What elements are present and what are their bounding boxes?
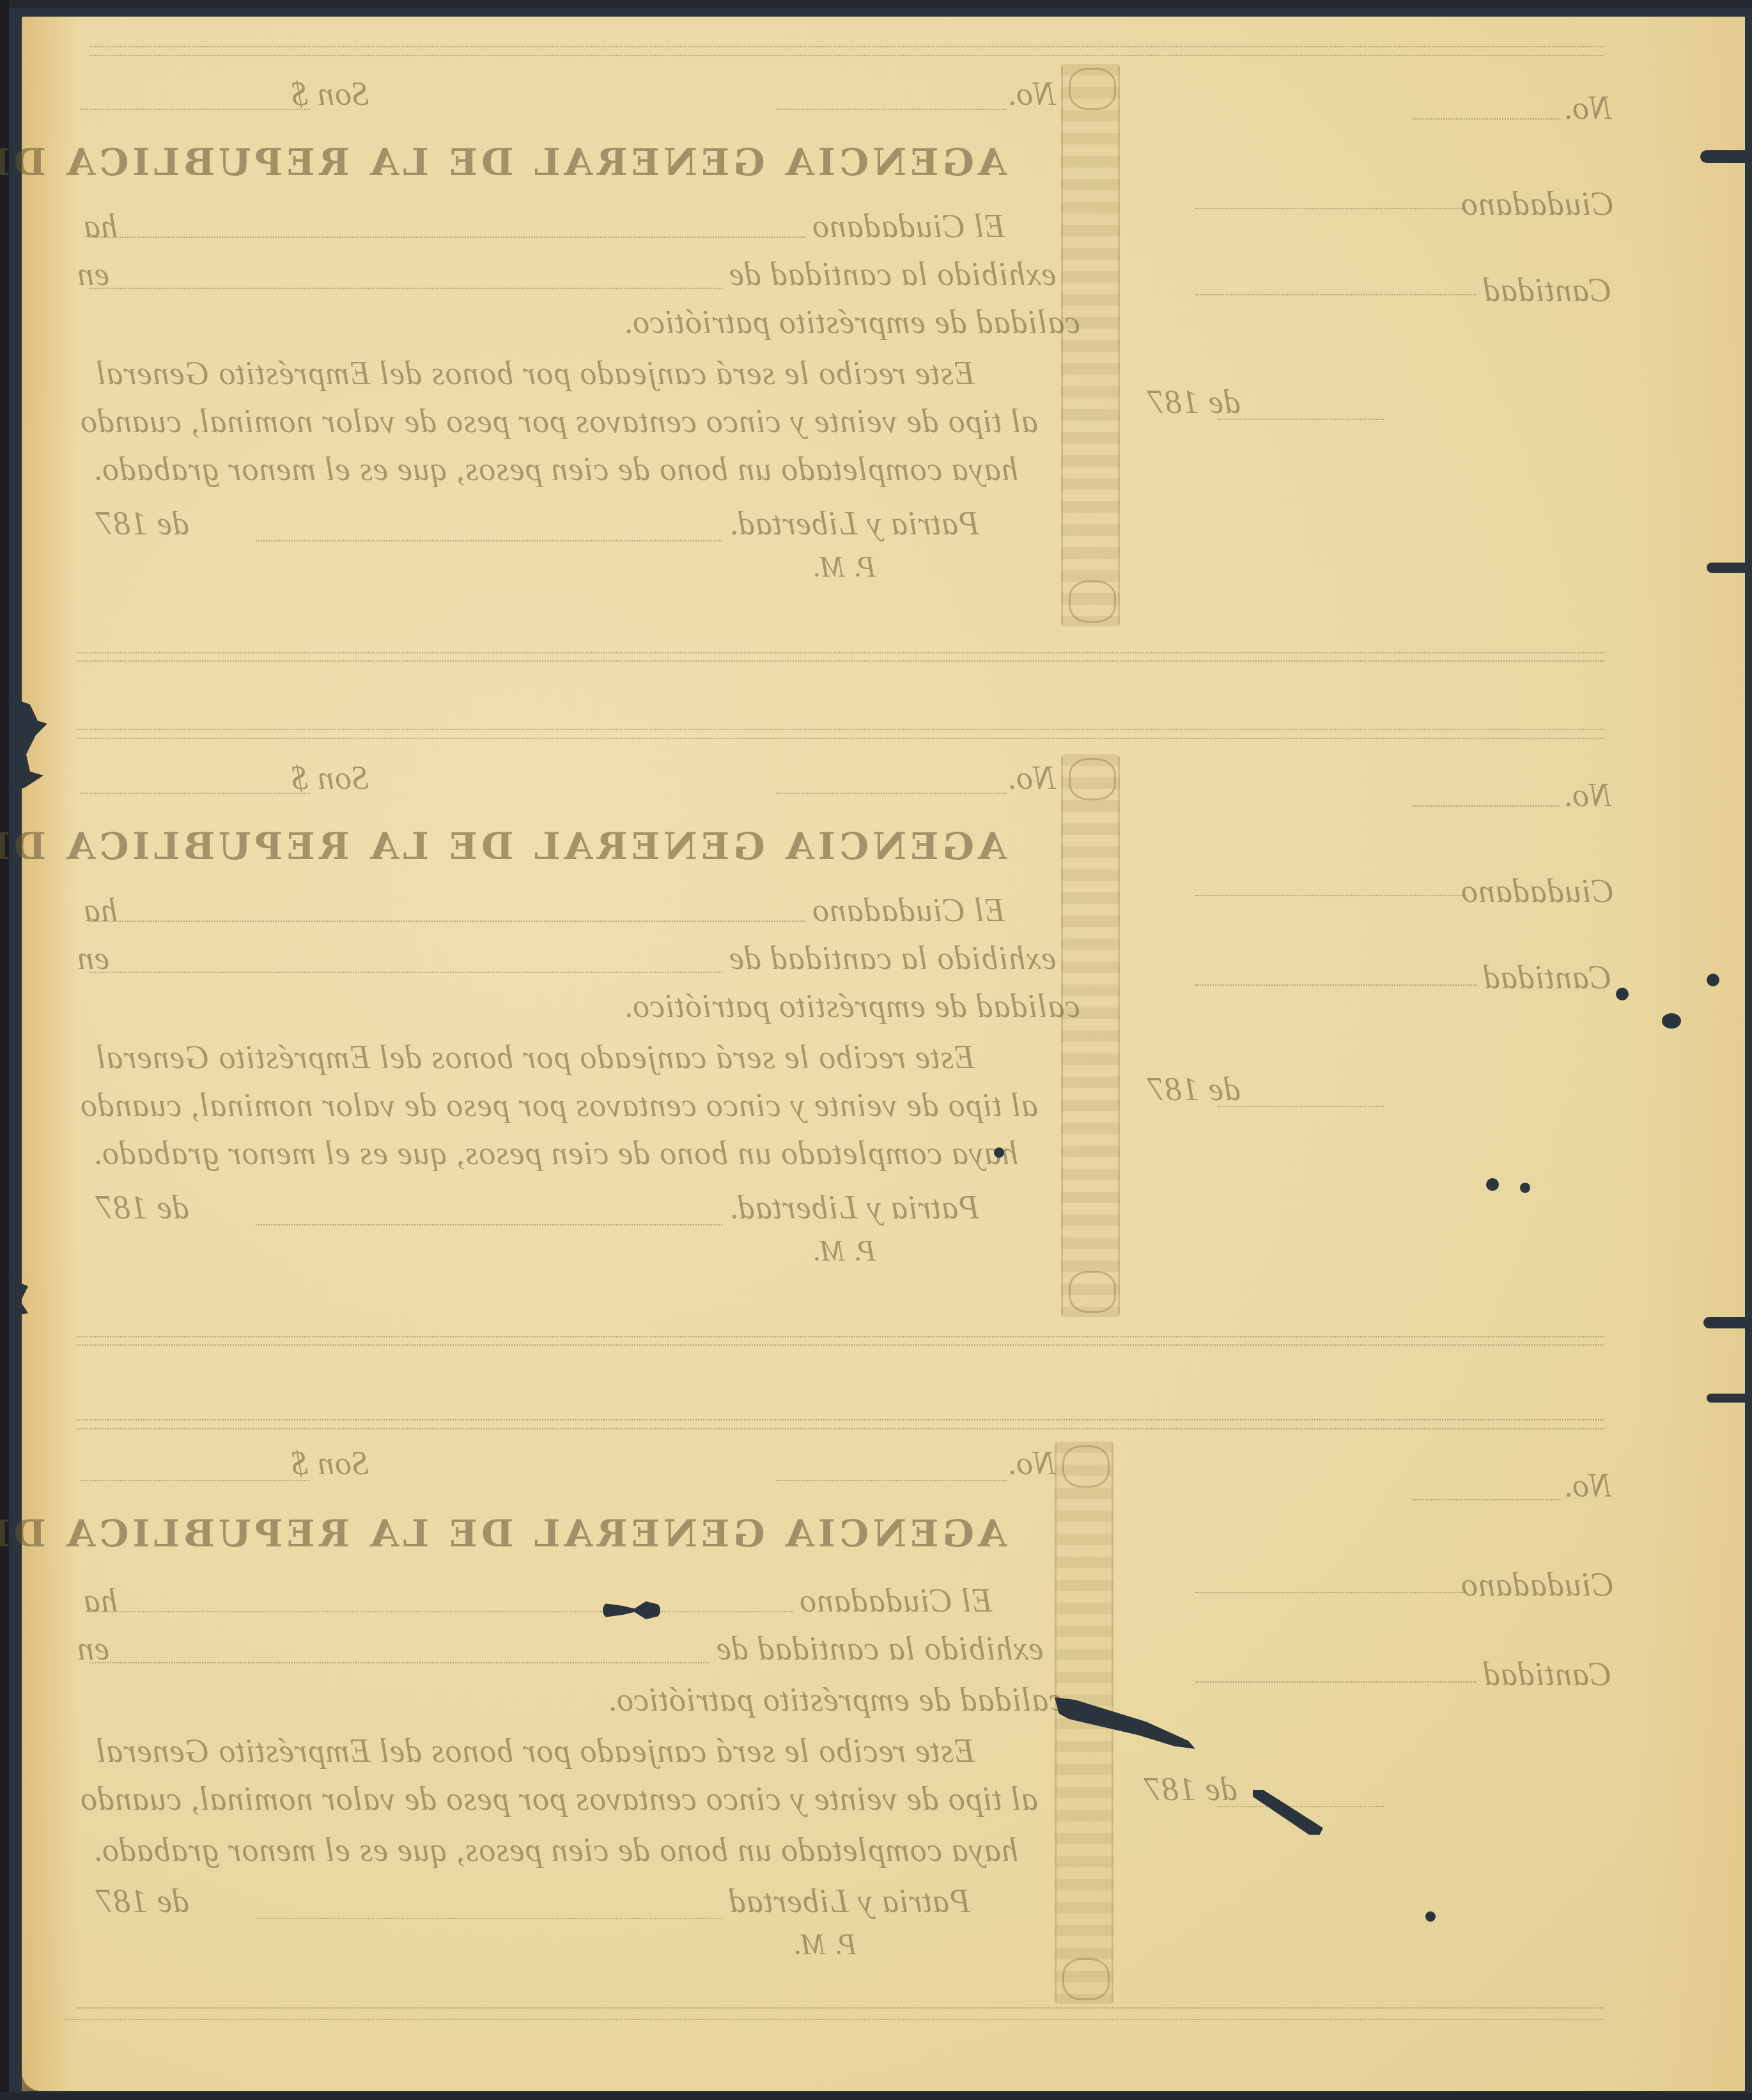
para3-text: haya completado un bono de cien pesos, q… <box>93 1832 1018 1869</box>
tear-right-1 <box>1700 150 1751 163</box>
date-line <box>256 1224 722 1225</box>
para1-text: Este recibo le será canjeado por bonos d… <box>96 1732 975 1770</box>
date-label: de 187 <box>96 505 189 543</box>
amount-exhibited-label: exhibido la cantidad de <box>729 256 1057 293</box>
signature: P. M. <box>812 1234 876 1268</box>
stub-citizen-label: Ciudadano <box>1461 185 1614 223</box>
separator-rule-1 <box>77 652 1604 653</box>
para2-text: al tipo de veinte y cinco centavos por p… <box>80 1087 1038 1124</box>
stub-number-label: No. <box>1563 777 1612 814</box>
line2-end: en <box>77 940 109 977</box>
number-label: No. <box>1007 1445 1056 1482</box>
separator-rule-1 <box>77 1336 1604 1337</box>
amount-line <box>80 1480 310 1481</box>
amount-line <box>80 793 310 794</box>
stub-date-label: de 187 <box>1144 1771 1237 1808</box>
amount-exhibited-label: exhibido la cantidad de <box>716 1630 1044 1668</box>
ink-spot <box>1616 988 1629 1000</box>
ink-spot <box>1520 1183 1530 1193</box>
receipt-block-1: Son $ No. AGENCIA GENERAL DE LA REPUBLIC… <box>0 0 1752 665</box>
stub-number-line <box>1413 1499 1560 1500</box>
stub-quantity-line <box>1195 1681 1477 1683</box>
para1-text: Este recibo le será canjeado por bonos d… <box>96 1039 975 1077</box>
ink-spot <box>1425 1911 1436 1922</box>
amount-exhibited-label: exhibido la cantidad de <box>729 940 1057 977</box>
stub-number-label: No. <box>1563 89 1612 127</box>
line2-end: en <box>77 1630 109 1668</box>
closing-text: Patria y Libertad. <box>729 1189 979 1227</box>
para1-text: Este recibo le será canjeado por bonos d… <box>96 355 975 393</box>
number-line <box>777 793 1007 794</box>
number-label: No. <box>1007 75 1056 113</box>
stub-date-line <box>1218 1806 1384 1807</box>
citizen-line <box>89 1611 793 1612</box>
closing-text: Patria y Libertad. <box>729 505 979 543</box>
citizen-line <box>89 921 805 922</box>
ink-spot <box>1486 1178 1499 1191</box>
ink-spot <box>994 1147 1004 1158</box>
ornamental-border-icon <box>1061 64 1120 626</box>
stub-number-line <box>1413 805 1560 807</box>
number-label: No. <box>1007 759 1056 797</box>
receipt-block-3: Son $ No. AGENCIA GENERAL DE LA REPUBLIC… <box>0 1362 1752 2026</box>
stub-number-line <box>1413 118 1560 120</box>
amount-label: Son $ <box>291 759 369 797</box>
line1-end: ha <box>83 208 118 245</box>
citizen-label: El Ciudadano <box>799 1582 992 1620</box>
tear-right-3 <box>1703 1317 1751 1328</box>
para2-text: al tipo de veinte y cinco centavos por p… <box>80 1780 1038 1818</box>
amount-label: Son $ <box>291 75 369 113</box>
amount-exhibited-line <box>89 288 722 289</box>
line3-text: calidad de empréstito patriótico. <box>623 304 1080 341</box>
citizen-line <box>89 237 805 238</box>
citizen-label: El Ciudadano <box>812 208 1005 245</box>
stub-citizen-line <box>1195 895 1464 896</box>
stub-quantity-label: Cantidad <box>1483 1656 1612 1693</box>
receipt-title: AGENCIA GENERAL DE LA REPUBLICA DE CUBA. <box>93 1512 1007 1555</box>
amount-label: Son $ <box>291 1445 369 1482</box>
number-line <box>777 109 1007 110</box>
line1-end: ha <box>83 892 118 929</box>
date-line <box>256 1918 722 1919</box>
line2-end: en <box>77 256 109 293</box>
date-line <box>256 540 722 541</box>
stub-quantity-line <box>1195 294 1477 295</box>
stub-citizen-line <box>1195 208 1464 209</box>
stub-number-label: No. <box>1563 1467 1612 1505</box>
signature: P. M. <box>812 550 876 584</box>
ornamental-border-icon <box>1061 754 1120 1317</box>
tear-right-4 <box>1707 1394 1751 1403</box>
stub-quantity-label: Cantidad <box>1483 959 1612 997</box>
receipt-block-2: Son $ No. AGENCIA GENERAL DE LA REPUBLIC… <box>0 678 1752 1342</box>
date-label: de 187 <box>96 1883 189 1920</box>
stub-date-label: de 187 <box>1147 1071 1241 1108</box>
stub-citizen-label: Ciudadano <box>1461 873 1614 910</box>
closing-text: Patria y Libertad <box>729 1883 970 1920</box>
header-rule-1 <box>77 729 1604 730</box>
amount-exhibited-line <box>89 972 722 973</box>
stub-date-label: de 187 <box>1147 384 1241 421</box>
para2-text: al tipo de veinte y cinco centavos por p… <box>80 403 1038 440</box>
signature: P. M. <box>793 1927 857 1961</box>
line3-text: calidad de empréstito patriótico. <box>607 1681 1064 1719</box>
date-label: de 187 <box>96 1189 189 1227</box>
stub-citizen-line <box>1195 1592 1464 1593</box>
scan-frame-bottom <box>0 2092 1752 2100</box>
header-rule-2 <box>77 1428 1604 1429</box>
stub-quantity-line <box>1195 984 1477 986</box>
amount-exhibited-line <box>89 1662 709 1663</box>
stub-date-line <box>1218 1106 1384 1107</box>
separator-rule-2 <box>77 660 1604 662</box>
header-rule-1 <box>77 1419 1604 1420</box>
citizen-label: El Ciudadano <box>812 892 1005 929</box>
ink-spot <box>1707 974 1719 986</box>
tear-right-2 <box>1707 563 1751 573</box>
amount-line <box>80 109 310 110</box>
stub-citizen-label: Ciudadano <box>1461 1566 1614 1604</box>
stub-date-line <box>1218 419 1384 420</box>
number-line <box>777 1480 1007 1481</box>
line1-end: ha <box>83 1582 118 1620</box>
ink-spot <box>1662 1013 1681 1029</box>
separator-rule-2 <box>77 1344 1604 1346</box>
para3-text: haya completado un bono de cien pesos, q… <box>93 1135 1018 1172</box>
para3-text: haya completado un bono de cien pesos, q… <box>93 451 1018 488</box>
stub-quantity-label: Cantidad <box>1483 272 1612 309</box>
line3-text: calidad de empréstito patriótico. <box>623 988 1080 1025</box>
bottom-rule-1 <box>77 2007 1604 2009</box>
receipt-title: AGENCIA GENERAL DE LA REPUBLICA DE CUBA. <box>93 141 1007 184</box>
header-rule-2 <box>77 738 1604 739</box>
bottom-rule-2 <box>64 2019 1604 2020</box>
receipt-title: AGENCIA GENERAL DE LA REPUBLICA DE CUBA. <box>93 825 1007 868</box>
